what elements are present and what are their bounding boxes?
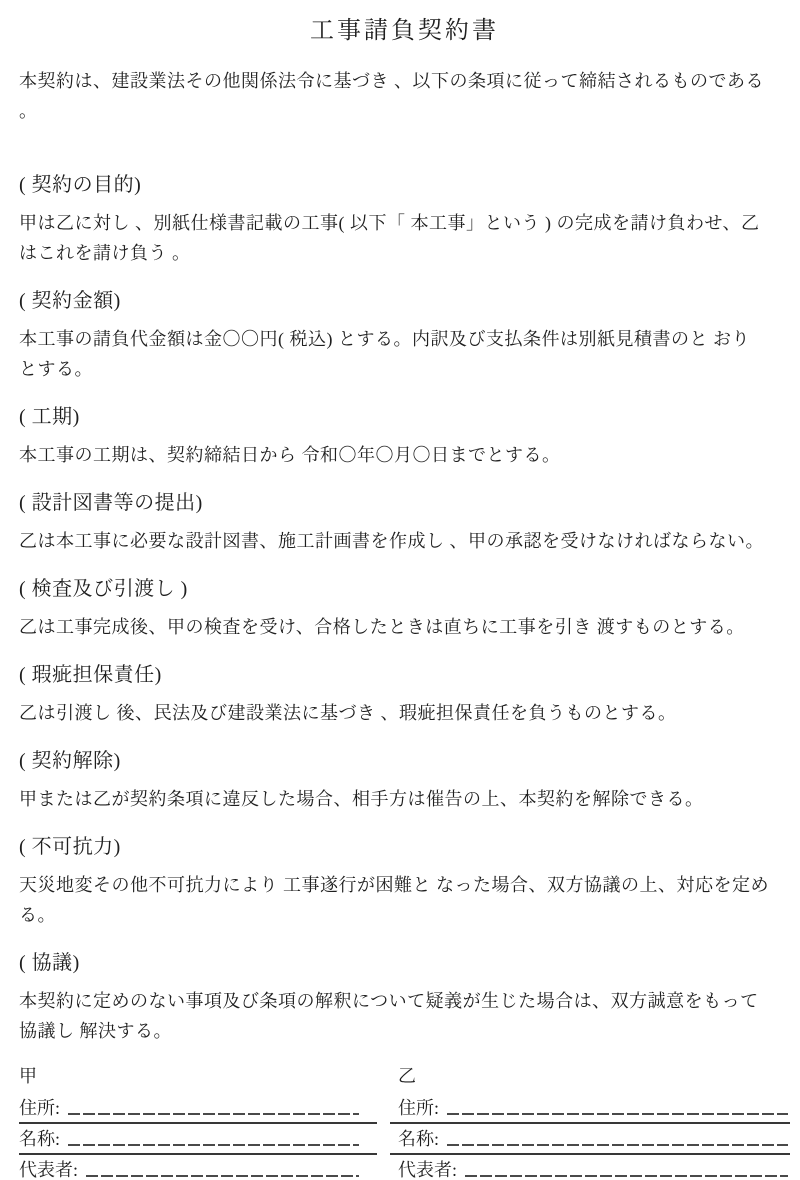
section-body: 乙は引渡し 後、民法及び建設業法に基づき 、瑕疵担保責任を負うものとする。	[19, 698, 790, 728]
section-body: 天災地変その他不可抗力により 工事遂行が困難と なった場合、双方協議の上、対応を…	[19, 870, 790, 930]
section-heading: ( 検査及び引渡し )	[19, 574, 790, 604]
signature-block: 甲 住所: 名称: 代表者: 乙 住所: 名称:	[19, 1064, 790, 1180]
representative-fill-line	[86, 1175, 359, 1177]
party-a-label: 甲	[19, 1064, 377, 1088]
representative-fill-line	[465, 1175, 788, 1177]
section-force-majeure: ( 不可抗力) 天災地変その他不可抗力により 工事遂行が困難と なった場合、双方…	[19, 832, 790, 930]
contract-document-page: 工事請負契約書 本契約は、建設業法その他関係法令に基づき 、以下の条項に従って締…	[0, 0, 800, 1180]
name-label: 名称:	[390, 1128, 439, 1153]
section-body: 本工事の請負代金額は金〇〇円( 税込) とする。内訳及び支払条件は別紙見積書のと…	[19, 324, 790, 384]
section-body: 本契約に定めのない事項及び条項の解釈について疑義が生じた場合は、双方誠意をもって…	[19, 986, 790, 1046]
representative-label: 代表者:	[390, 1159, 457, 1180]
section-contract-termination: ( 契約解除) 甲または乙が契約条項に違反した場合、相手方は催告の上、本契約を解…	[19, 746, 790, 814]
signature-column-party-a: 甲 住所: 名称: 代表者:	[19, 1064, 377, 1180]
document-title: 工事請負契約書	[19, 14, 790, 48]
section-heading: ( 瑕疵担保責任)	[19, 660, 790, 690]
party-a-name-row: 名称:	[19, 1124, 377, 1155]
name-fill-line	[447, 1144, 788, 1146]
section-defect-liability: ( 瑕疵担保責任) 乙は引渡し 後、民法及び建設業法に基づき 、瑕疵担保責任を負…	[19, 660, 790, 728]
section-body: 甲または乙が契約条項に違反した場合、相手方は催告の上、本契約を解除できる。	[19, 784, 790, 814]
section-body: 乙は工事完成後、甲の検査を受け、合格したときは直ちに工事を引き 渡すものとする。	[19, 612, 790, 642]
section-heading: ( 契約解除)	[19, 746, 790, 776]
party-b-name-row: 名称:	[390, 1124, 790, 1155]
section-contract-amount: ( 契約金額) 本工事の請負代金額は金〇〇円( 税込) とする。内訳及び支払条件…	[19, 286, 790, 384]
representative-label: 代表者:	[19, 1159, 78, 1180]
signature-column-party-b: 乙 住所: 名称: 代表者:	[390, 1064, 790, 1180]
address-fill-line	[447, 1113, 788, 1115]
party-a-address-row: 住所:	[19, 1093, 377, 1124]
party-b-address-row: 住所:	[390, 1093, 790, 1124]
section-heading: ( 不可抗力)	[19, 832, 790, 862]
name-fill-line	[68, 1144, 359, 1146]
intro-paragraph: 本契約は、建設業法その他関係法令に基づき 、以下の条項に従って締結されるものであ…	[19, 66, 790, 126]
section-heading: ( 契約金額)	[19, 286, 790, 316]
section-heading: ( 協議)	[19, 948, 790, 978]
section-design-documents: ( 設計図書等の提出) 乙は本工事に必要な設計図書、施工計画書を作成し 、甲の承…	[19, 488, 790, 556]
section-body: 甲は乙に対し 、別紙仕様書記載の工事( 以下「 本工事」という ) の完成を請け…	[19, 208, 790, 268]
section-heading: ( 契約の目的)	[19, 170, 790, 200]
section-construction-period: ( 工期) 本工事の工期は、契約締結日から 令和〇年〇月〇日までとする。	[19, 402, 790, 470]
address-fill-line	[68, 1113, 359, 1115]
section-heading: ( 工期)	[19, 402, 790, 432]
party-b-label: 乙	[390, 1064, 790, 1088]
section-inspection-delivery: ( 検査及び引渡し ) 乙は工事完成後、甲の検査を受け、合格したときは直ちに工事…	[19, 574, 790, 642]
name-label: 名称:	[19, 1128, 60, 1153]
address-label: 住所:	[19, 1097, 60, 1122]
address-label: 住所:	[390, 1097, 439, 1122]
party-b-representative-row: 代表者:	[390, 1155, 790, 1180]
section-body: 乙は本工事に必要な設計図書、施工計画書を作成し 、甲の承認を受けなければならない…	[19, 526, 790, 556]
section-body: 本工事の工期は、契約締結日から 令和〇年〇月〇日までとする。	[19, 440, 790, 470]
party-a-representative-row: 代表者:	[19, 1155, 377, 1180]
section-consultation: ( 協議) 本契約に定めのない事項及び条項の解釈について疑義が生じた場合は、双方…	[19, 948, 790, 1046]
section-heading: ( 設計図書等の提出)	[19, 488, 790, 518]
section-contract-purpose: ( 契約の目的) 甲は乙に対し 、別紙仕様書記載の工事( 以下「 本工事」という…	[19, 170, 790, 268]
